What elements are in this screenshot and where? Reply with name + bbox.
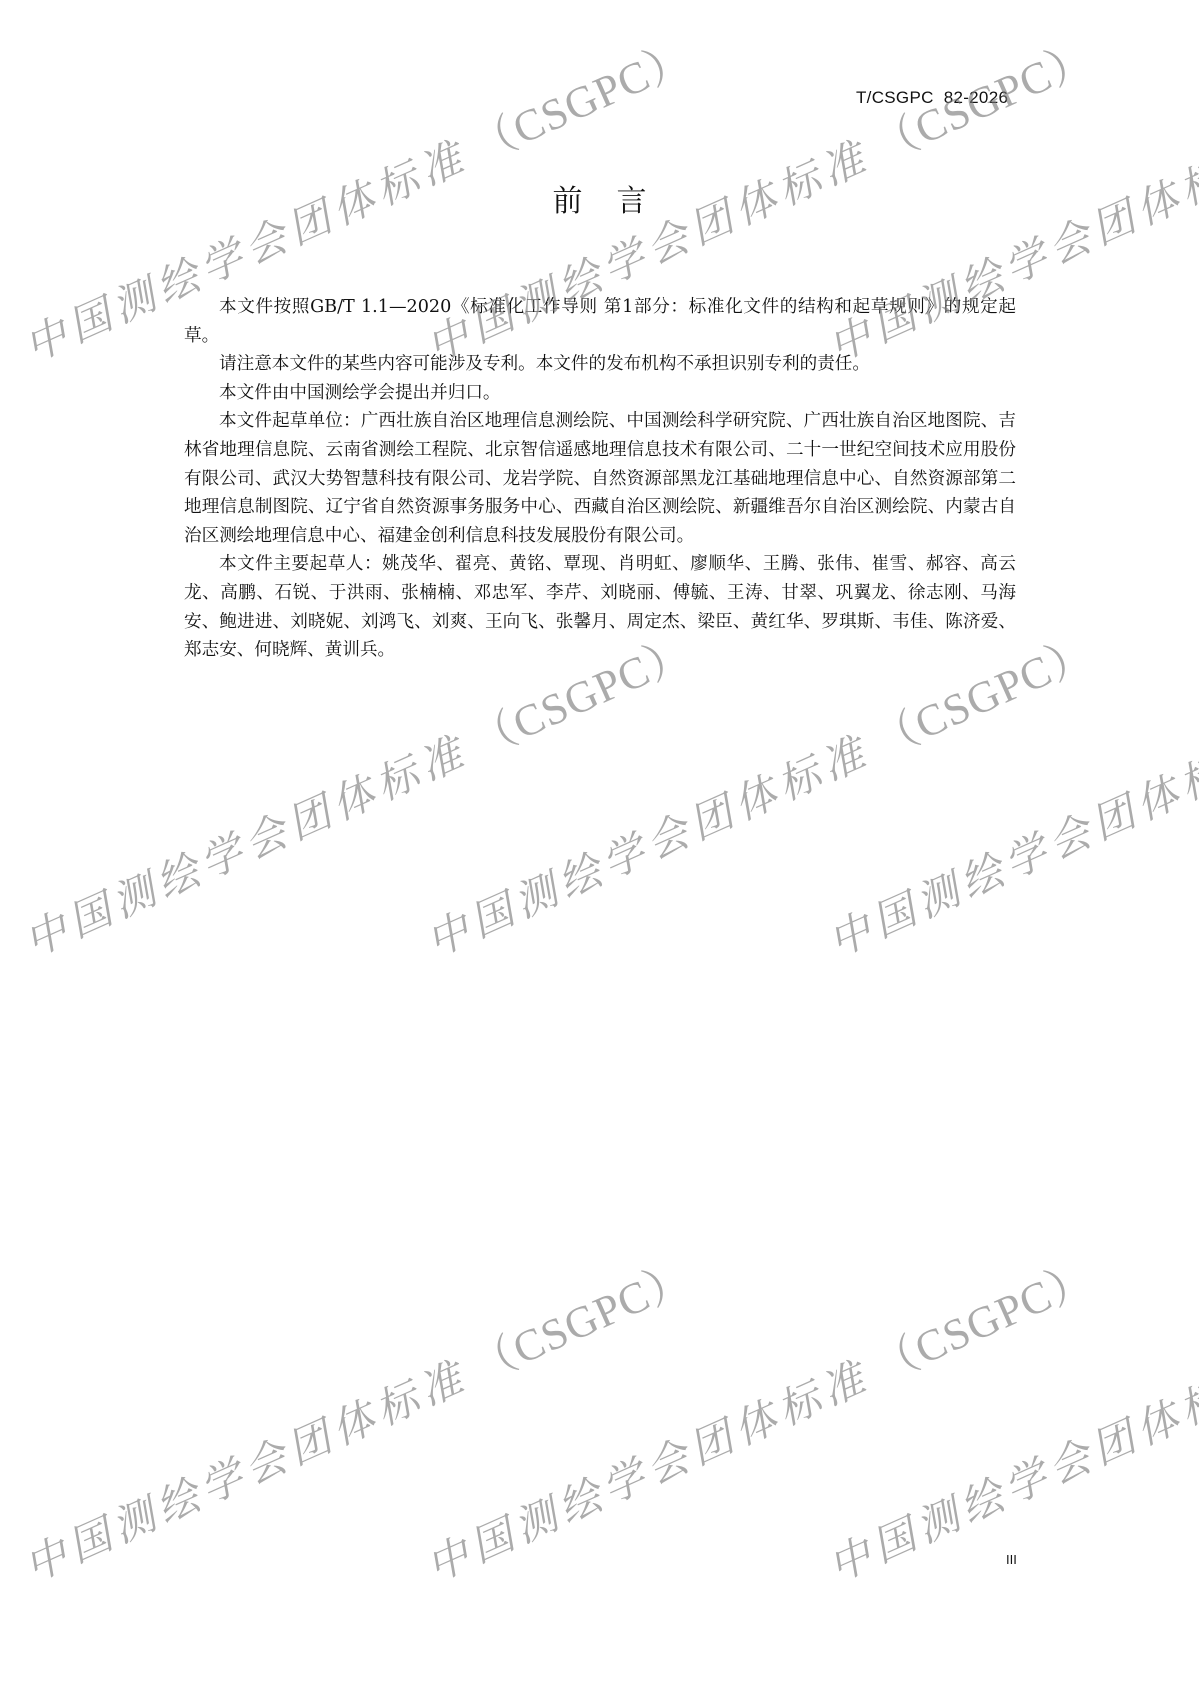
page-number: III	[1006, 1552, 1017, 1567]
watermark: 中国测绘学会团体标准（CSGPC）	[12, 616, 700, 969]
watermark: 中国测绘学会团体标准（CSGPC）	[414, 616, 1102, 969]
paragraph-patent-notice: 请注意本文件的某些内容可能涉及专利。本文件的发布机构不承担识别专利的责任。	[184, 350, 1016, 379]
watermark: 中国测绘学会团体标准（CSGPC）	[12, 1241, 700, 1594]
watermark-layer: 中国测绘学会团体标准（CSGPC） 中国测绘学会团体标准（CSGPC） 中国测绘…	[0, 0, 1199, 1696]
watermark: 中国测绘学会团体标准（CSGPC）	[816, 616, 1199, 969]
watermark: 中国测绘学会团体标准（CSGPC）	[816, 1241, 1199, 1594]
paragraph-drafting-units: 本文件起草单位：广西壮族自治区地理信息测绘院、中国测绘科学研究院、广西壮族自治区…	[184, 407, 1016, 550]
paragraph-proposer: 本文件由中国测绘学会提出并归口。	[184, 379, 1016, 408]
standard-code: T/CSGPC 82-2026	[856, 88, 1008, 108]
paragraph-drafting-basis: 本文件按照GB/T 1.1—2020《标准化工作导则 第1部分：标准化文件的结构…	[184, 293, 1016, 350]
page-title: 前言	[0, 176, 1199, 220]
foreword-body: 本文件按照GB/T 1.1—2020《标准化工作导则 第1部分：标准化文件的结构…	[184, 293, 1016, 665]
watermark: 中国测绘学会团体标准（CSGPC）	[414, 1241, 1102, 1594]
paragraph-drafters: 本文件主要起草人：姚茂华、翟亮、黄铭、覃现、肖明虹、廖顺华、王腾、张伟、崔雪、郝…	[184, 550, 1016, 664]
